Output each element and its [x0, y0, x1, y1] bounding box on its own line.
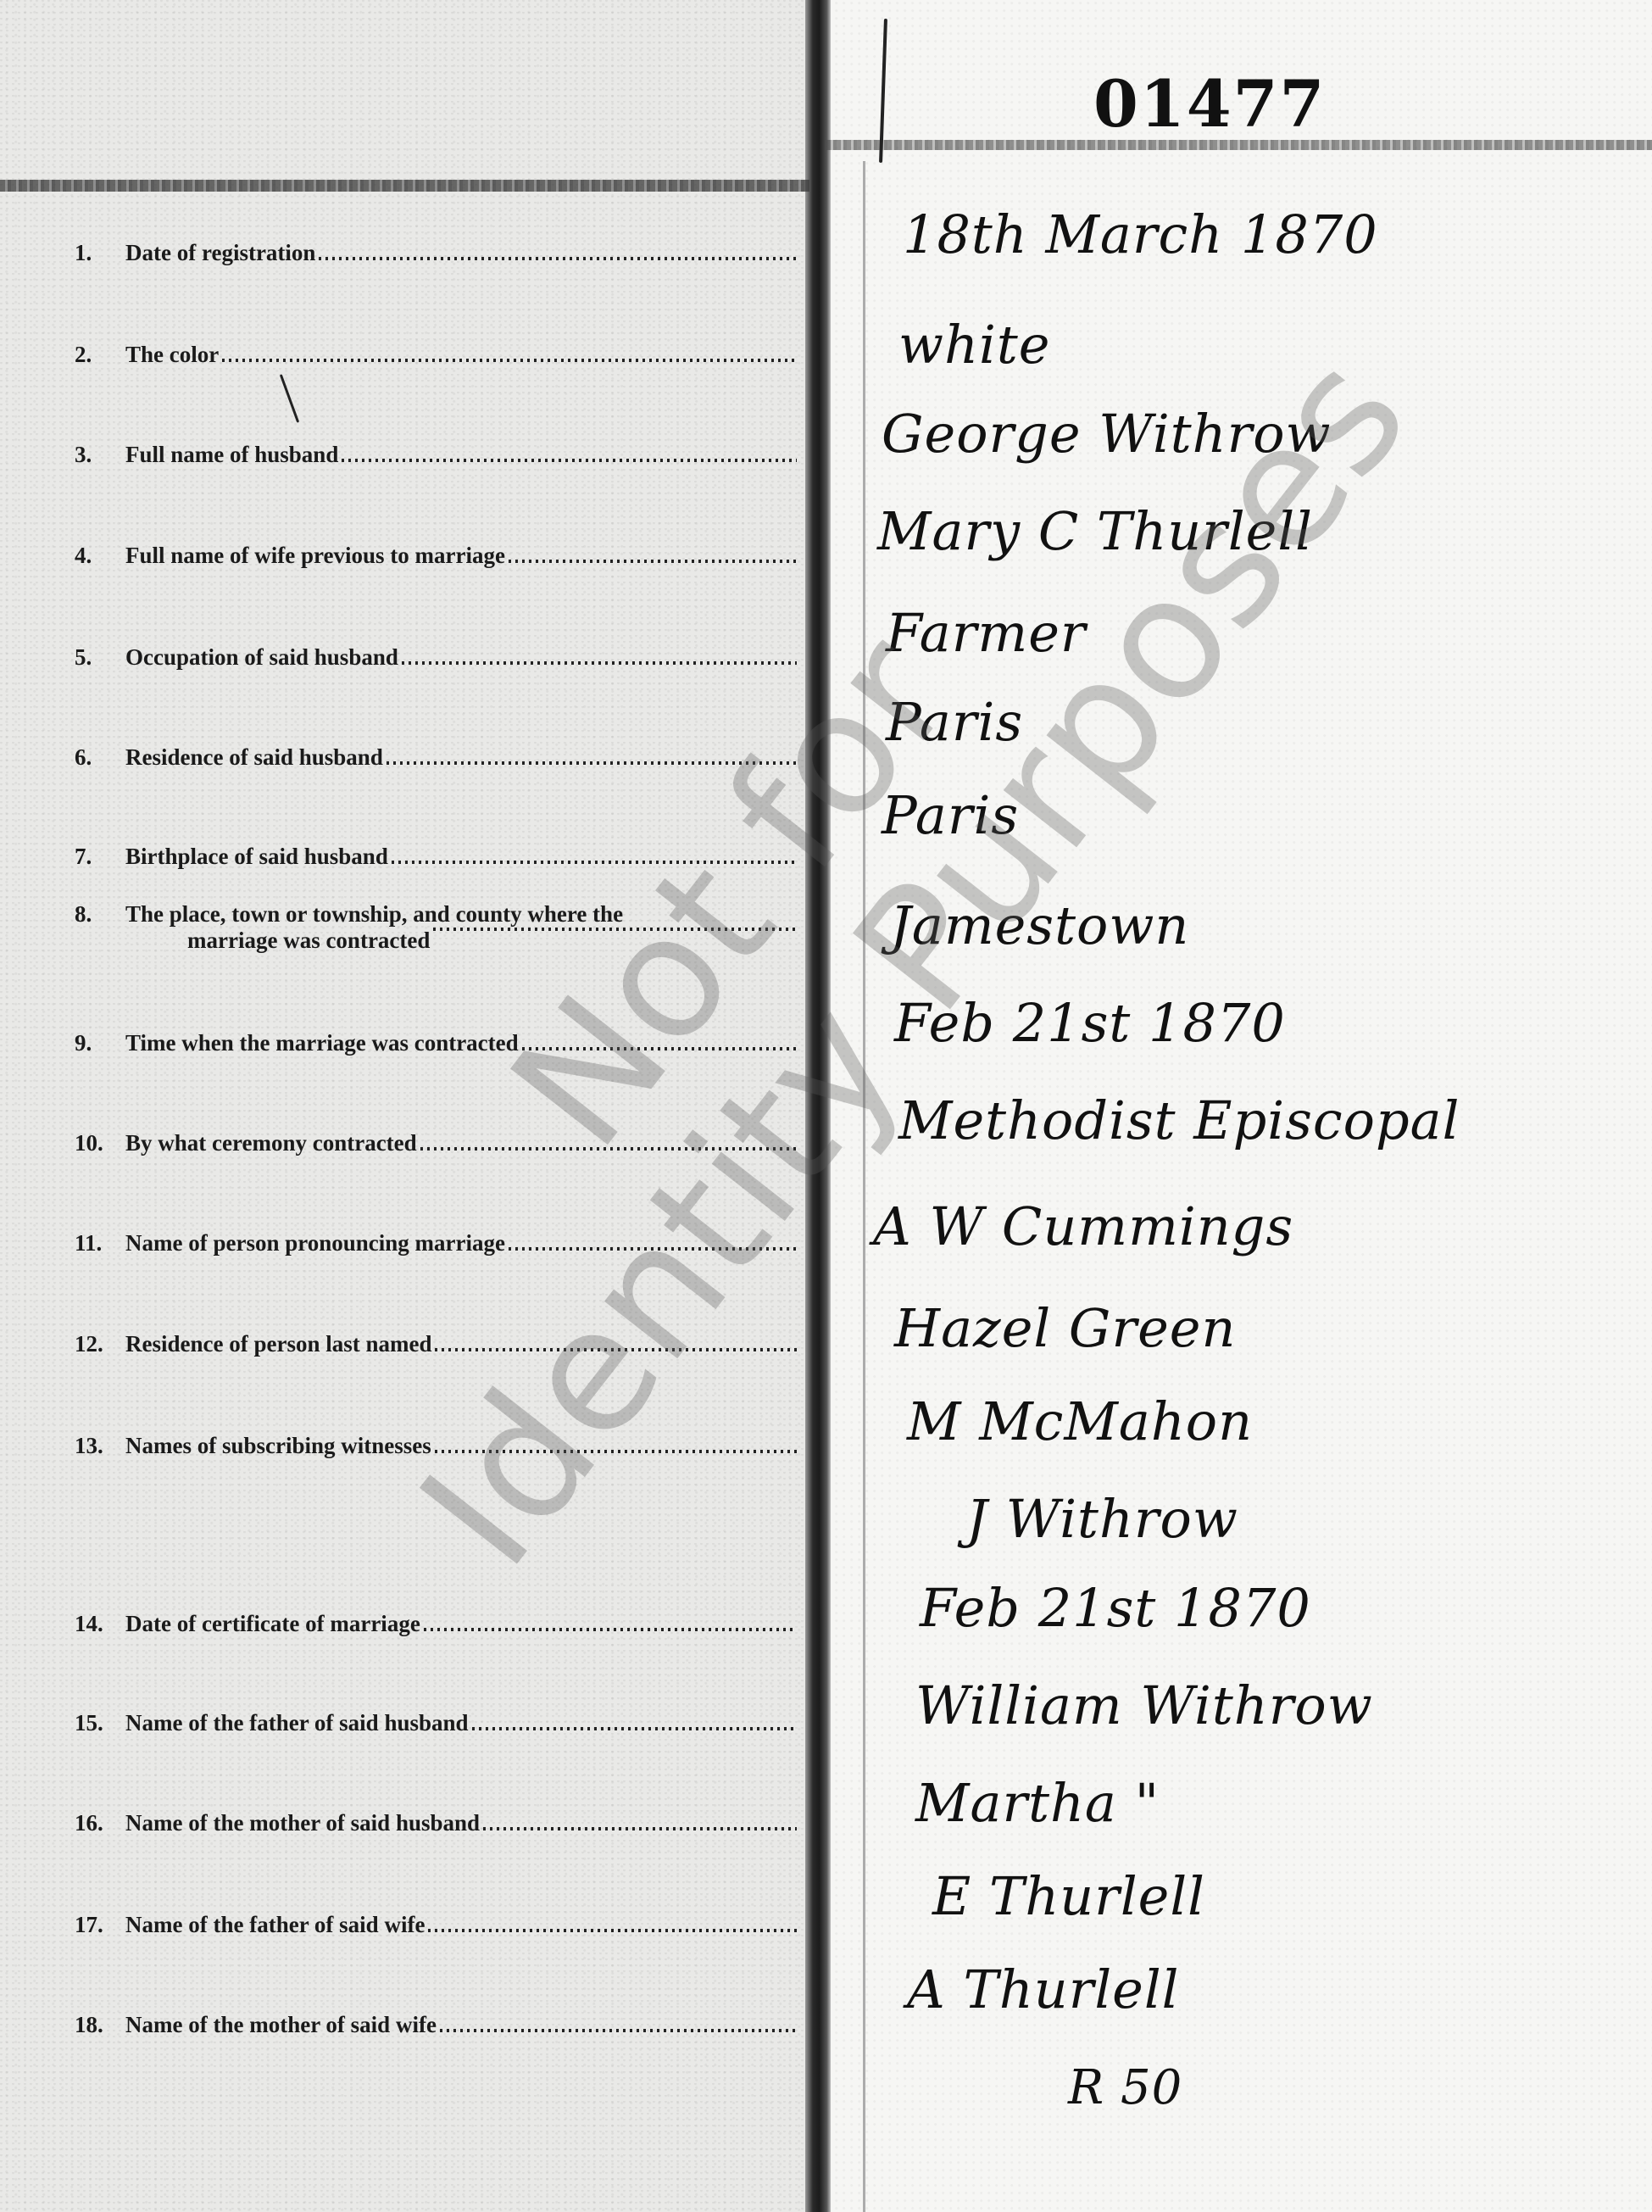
- dot-leader: [472, 1727, 797, 1730]
- field-15-husband-father: 15. Name of the father of said husband: [75, 1710, 797, 1736]
- field-number: 5.: [75, 644, 125, 671]
- field-2-color: 2. The color: [75, 342, 797, 368]
- field-label: Date of certificate of marriage: [125, 1611, 420, 1637]
- answer-wife-father: E Thurlell: [932, 1865, 1205, 1927]
- field-6-husband-residence: 6. Residence of said husband: [75, 744, 797, 771]
- answer-witness-2: J Withrow: [966, 1488, 1238, 1550]
- field-12-officiant-residence: 12. Residence of person last named: [75, 1331, 797, 1357]
- dot-leader: [424, 1628, 797, 1631]
- field-4-wife-maiden-name: 4. Full name of wife previous to marriag…: [75, 543, 797, 569]
- field-number: 10.: [75, 1130, 125, 1156]
- field-label: Name of person pronouncing marriage: [125, 1230, 505, 1256]
- field-number: 7.: [75, 844, 125, 870]
- answer-husband-residence: Paris: [886, 691, 1023, 753]
- dot-leader: [435, 1348, 797, 1351]
- answer-color: white: [898, 314, 1050, 376]
- field-number: 15.: [75, 1710, 125, 1736]
- field-number: 16.: [75, 1810, 125, 1836]
- field-5-husband-occupation: 5. Occupation of said husband: [75, 644, 797, 671]
- field-label: Names of subscribing witnesses: [125, 1433, 431, 1459]
- answer-husband-birthplace: Paris: [882, 784, 1019, 846]
- field-label: The place, town or township, and county …: [125, 901, 623, 928]
- dot-leader: [402, 661, 797, 665]
- dot-leader: [509, 1247, 797, 1251]
- dot-leader: [440, 2029, 797, 2032]
- answer-wife-mother: A Thurlell: [907, 1958, 1180, 2020]
- field-number: 1.: [75, 240, 125, 266]
- answer-certificate-date: Feb 21st 1870: [920, 1577, 1311, 1639]
- field-16-husband-mother: 16. Name of the mother of said husband: [75, 1810, 797, 1836]
- field-label: Name of the father of said wife: [125, 1912, 425, 1938]
- dot-leader: [435, 1450, 797, 1453]
- field-3-husband-name: 3. Full name of husband: [75, 442, 797, 468]
- field-number: 9.: [75, 1030, 125, 1056]
- answer-officiant-residence: Hazel Green: [894, 1297, 1236, 1359]
- field-8-marriage-place: 8. The place, town or township, and coun…: [75, 901, 797, 954]
- answer-witness-1: M McMahon: [907, 1390, 1253, 1452]
- answer-officiant: A W Cummings: [873, 1195, 1293, 1257]
- book-spine: [805, 0, 831, 2212]
- answer-husband-father: William Withrow: [915, 1674, 1373, 1736]
- certificate-number: 01477: [1093, 66, 1326, 142]
- field-label: Residence of person last named: [125, 1331, 431, 1357]
- field-label: The color: [125, 342, 219, 368]
- field-label: Name of the mother of said husband: [125, 1810, 480, 1836]
- answer-wife-maiden-name: Mary C Thurlell: [877, 500, 1313, 562]
- field-10-ceremony: 10. By what ceremony contracted: [75, 1130, 797, 1156]
- field-label: Time when the marriage was contracted: [125, 1030, 519, 1056]
- field-number: 6.: [75, 744, 125, 771]
- dot-leader: [387, 761, 797, 765]
- field-label: By what ceremony contracted: [125, 1130, 417, 1156]
- field-number: 18.: [75, 2012, 125, 2038]
- field-label: Name of the father of said husband: [125, 1710, 469, 1736]
- answer-date-of-registration: 18th March 1870: [903, 203, 1378, 265]
- field-7-husband-birthplace: 7. Birthplace of said husband: [75, 844, 797, 870]
- field-number: 4.: [75, 543, 125, 569]
- field-label: Birthplace of said husband: [125, 844, 388, 870]
- dot-leader: [522, 1047, 797, 1050]
- dot-leader: [433, 928, 797, 931]
- field-label: Occupation of said husband: [125, 644, 398, 671]
- field-label: Full name of husband: [125, 442, 338, 468]
- field-label: Date of registration: [125, 240, 315, 266]
- field-13-witnesses: 13. Names of subscribing witnesses: [75, 1433, 797, 1459]
- field-1-date-of-registration: 1. Date of registration: [75, 240, 797, 266]
- answer-marriage-time: Feb 21st 1870: [894, 992, 1286, 1054]
- field-14-certificate-date: 14. Date of certificate of marriage: [75, 1611, 797, 1637]
- field-18-wife-mother: 18. Name of the mother of said wife: [75, 2012, 797, 2038]
- dot-leader: [222, 359, 797, 362]
- field-label: Name of the mother of said wife: [125, 2012, 437, 2038]
- dot-leader: [420, 1147, 797, 1151]
- field-number: 3.: [75, 442, 125, 468]
- form-labels-page: [0, 0, 809, 2212]
- dot-leader: [319, 257, 797, 260]
- answer-husband-name: George Withrow: [882, 403, 1332, 465]
- field-number: 11.: [75, 1230, 125, 1256]
- header-rule-left: [0, 180, 809, 192]
- field-number: 17.: [75, 1912, 125, 1938]
- answer-ceremony: Methodist Episcopal: [898, 1089, 1460, 1151]
- dot-leader: [428, 1929, 797, 1932]
- answer-husband-occupation: Farmer: [886, 602, 1087, 664]
- field-11-officiant: 11. Name of person pronouncing marriage: [75, 1230, 797, 1256]
- answer-marriage-place: Jamestown: [890, 894, 1189, 956]
- field-number: 8.: [75, 901, 125, 928]
- field-number: 13.: [75, 1433, 125, 1459]
- field-number: 14.: [75, 1611, 125, 1637]
- field-label: Residence of said husband: [125, 744, 383, 771]
- dot-leader: [483, 1827, 797, 1830]
- dot-leader: [342, 459, 797, 462]
- field-label-continued: marriage was contracted: [187, 928, 430, 954]
- field-17-wife-father: 17. Name of the father of said wife: [75, 1912, 797, 1938]
- field-number: 2.: [75, 342, 125, 368]
- margin-rule: [863, 161, 865, 2212]
- dot-leader: [509, 560, 797, 563]
- field-number: 12.: [75, 1331, 125, 1357]
- field-label: Full name of wife previous to marriage: [125, 543, 505, 569]
- answer-husband-mother: Martha ": [915, 1772, 1160, 1834]
- field-9-marriage-time: 9. Time when the marriage was contracted: [75, 1030, 797, 1056]
- footer-notation: R 50: [1068, 2060, 1182, 2115]
- dot-leader: [392, 861, 797, 864]
